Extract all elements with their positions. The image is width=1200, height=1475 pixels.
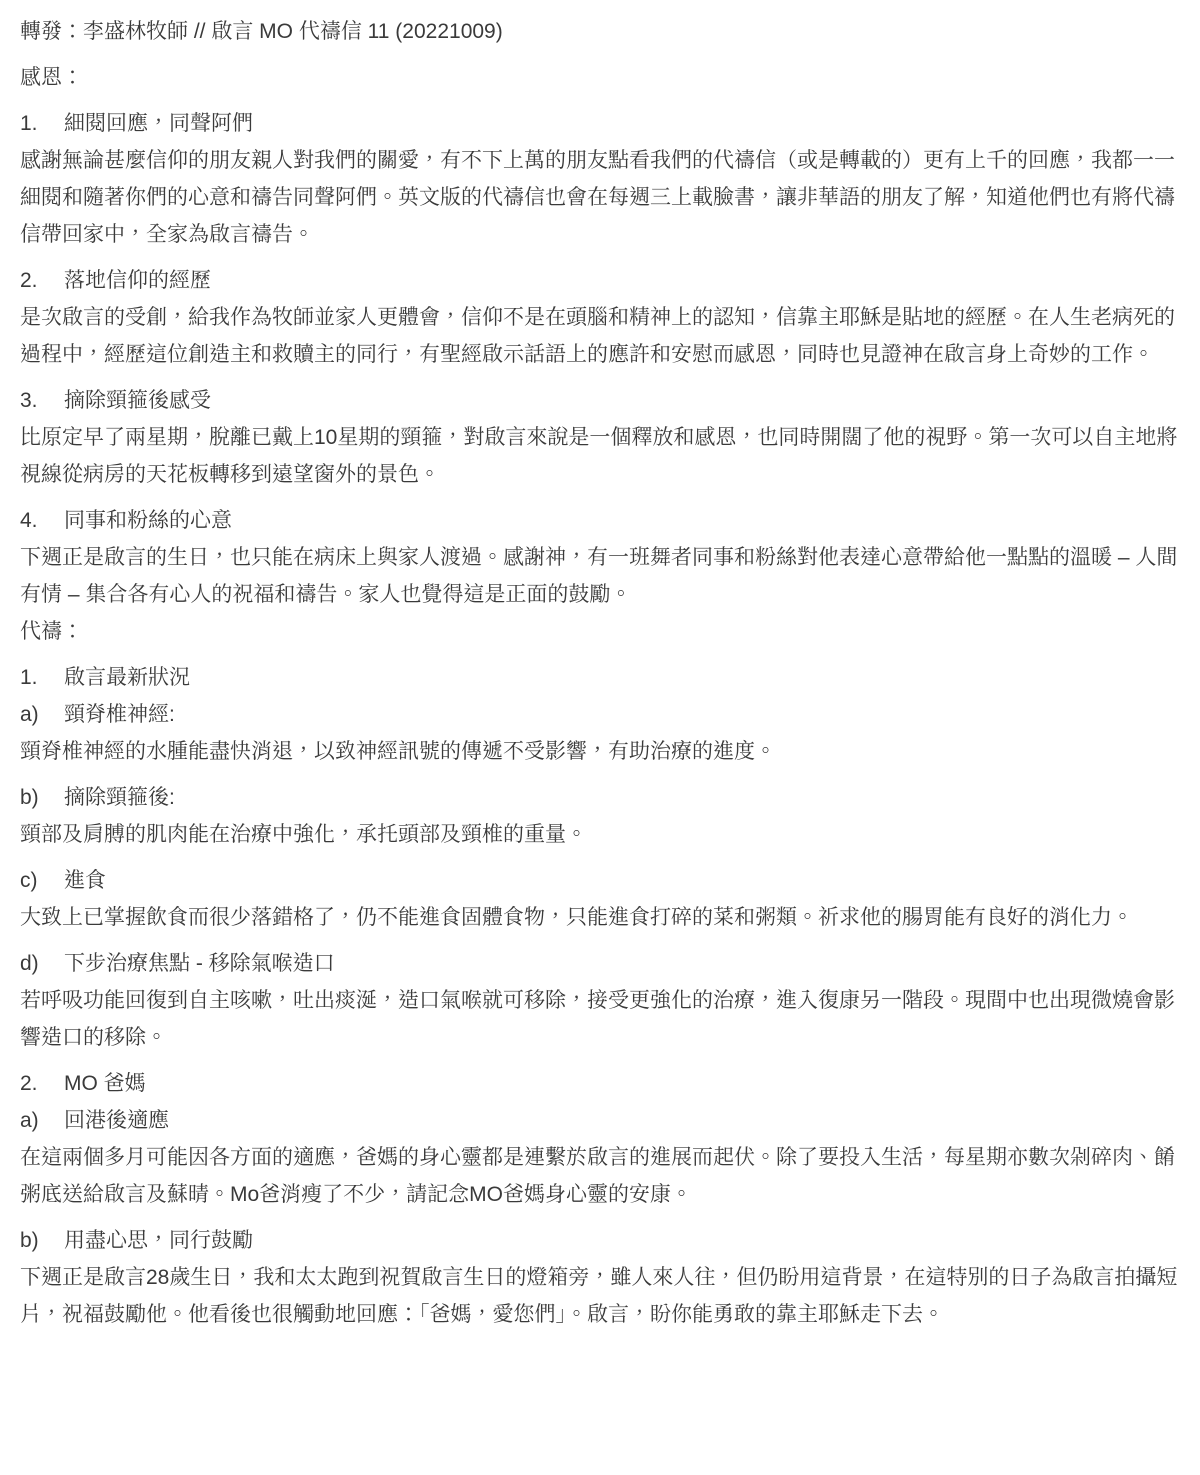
item-marker: a) [20,1102,64,1139]
section-thanksgiving: 感恩： 1. 細閱回應，同聲阿們 感謝無論甚麼信仰的朋友親人對我們的關愛，有不下… [20,59,1180,613]
item-subheading-line: a) 回港後適應 [20,1102,1180,1139]
item-subheading: 下步治療焦點 - 移除氣喉造口 [64,945,1180,982]
document-title: 轉發：李盛林牧師 // 啟言 MO 代禱信 11 (20221009) [20,13,1180,50]
item-marker: a) [20,696,64,733]
list-item-thanksgiving-1: 1. 細閱回應，同聲阿們 感謝無論甚麼信仰的朋友親人對我們的關愛，有不下上萬的朋… [20,105,1180,253]
item-marker: 4. [20,502,64,539]
item-body: 下週正是啟言28歲生日，我和太太跑到祝賀啟言生日的燈箱旁，雖人來人往，但仍盼用這… [20,1259,1180,1333]
item-heading: 摘除頸箍後感受 [64,382,1180,419]
item-marker: b) [20,779,64,816]
item-subheading: 進食 [64,862,1180,899]
item-subheading: 頸脊椎神經: [64,696,1180,733]
item-marker: 1. [20,105,64,142]
item-heading-line: 2. MO 爸媽 [20,1065,1180,1102]
item-heading: 啟言最新狀況 [64,659,1180,696]
item-body: 若呼吸功能回復到自主咳嗽，吐出痰涎，造口氣喉就可移除，接受更強化的治療，進入復康… [20,982,1180,1056]
item-body: 比原定早了兩星期，脫離已戴上10星期的頸箍，對啟言來說是一個釋放和感恩，也同時開… [20,419,1180,493]
item-heading: 同事和粉絲的心意 [64,502,1180,539]
item-body: 大致上已掌握飲食而很少落錯格了，仍不能進食固體食物，只能進食打碎的菜和粥類。祈求… [20,899,1180,936]
section-label-thanksgiving: 感恩： [20,59,1180,96]
list-item-prayer-2a: 2. MO 爸媽 a) 回港後適應 在這兩個多月可能因各方面的適應，爸媽的身心靈… [20,1065,1180,1213]
list-item-prayer-2b: b) 用盡心思，同行鼓勵 下週正是啟言28歲生日，我和太太跑到祝賀啟言生日的燈箱… [20,1222,1180,1333]
item-heading-line: 3. 摘除頸箍後感受 [20,382,1180,419]
item-marker: 2. [20,262,64,299]
item-body: 是次啟言的受創，給我作為牧師並家人更體會，信仰不是在頭腦和精神上的認知，信靠主耶… [20,299,1180,373]
item-subheading-line: d) 下步治療焦點 - 移除氣喉造口 [20,945,1180,982]
prayer-letter-document: 轉發：李盛林牧師 // 啟言 MO 代禱信 11 (20221009) 感恩： … [0,0,1200,1475]
item-heading: MO 爸媽 [64,1065,1180,1102]
item-body: 頸部及肩膊的肌肉能在治療中強化，承托頭部及頸椎的重量。 [20,816,1180,853]
item-subheading: 摘除頸箍後: [64,779,1180,816]
section-label-prayer: 代禱： [20,613,1180,650]
item-subheading-line: b) 用盡心思，同行鼓勵 [20,1222,1180,1259]
item-heading: 落地信仰的經歷 [64,262,1180,299]
item-body: 頸脊椎神經的水腫能盡快消退，以致神經訊號的傳遞不受影響，有助治療的進度。 [20,733,1180,770]
item-marker: 2. [20,1065,64,1102]
list-item-thanksgiving-4: 4. 同事和粉絲的心意 下週正是啟言的生日，也只能在病床上與家人渡過。感謝神，有… [20,502,1180,613]
item-heading-line: 4. 同事和粉絲的心意 [20,502,1180,539]
item-heading: 細閱回應，同聲阿們 [64,105,1180,142]
item-heading-line: 2. 落地信仰的經歷 [20,262,1180,299]
list-item-thanksgiving-2: 2. 落地信仰的經歷 是次啟言的受創，給我作為牧師並家人更體會，信仰不是在頭腦和… [20,262,1180,373]
item-subheading-line: b) 摘除頸箍後: [20,779,1180,816]
list-item-prayer-1d: d) 下步治療焦點 - 移除氣喉造口 若呼吸功能回復到自主咳嗽，吐出痰涎，造口氣… [20,945,1180,1056]
item-subheading-line: a) 頸脊椎神經: [20,696,1180,733]
list-item-thanksgiving-3: 3. 摘除頸箍後感受 比原定早了兩星期，脫離已戴上10星期的頸箍，對啟言來說是一… [20,382,1180,493]
list-item-prayer-1c: c) 進食 大致上已掌握飲食而很少落錯格了，仍不能進食固體食物，只能進食打碎的菜… [20,862,1180,936]
item-marker: 1. [20,659,64,696]
item-body: 在這兩個多月可能因各方面的適應，爸媽的身心靈都是連繫於啟言的進展而起伏。除了要投… [20,1139,1180,1213]
section-prayer-requests: 代禱： 1. 啟言最新狀況 a) 頸脊椎神經: 頸脊椎神經的水腫能盡快消退，以致… [20,613,1180,1333]
list-item-prayer-1a: 1. 啟言最新狀況 a) 頸脊椎神經: 頸脊椎神經的水腫能盡快消退，以致神經訊號… [20,659,1180,770]
item-heading-line: 1. 細閱回應，同聲阿們 [20,105,1180,142]
item-marker: 3. [20,382,64,419]
item-subheading: 回港後適應 [64,1102,1180,1139]
item-body: 感謝無論甚麼信仰的朋友親人對我們的關愛，有不下上萬的朋友點看我們的代禱信（或是轉… [20,142,1180,253]
item-heading-line: 1. 啟言最新狀況 [20,659,1180,696]
list-item-prayer-1b: b) 摘除頸箍後: 頸部及肩膊的肌肉能在治療中強化，承托頭部及頸椎的重量。 [20,779,1180,853]
item-marker: b) [20,1222,64,1259]
item-marker: d) [20,945,64,982]
item-subheading: 用盡心思，同行鼓勵 [64,1222,1180,1259]
item-body: 下週正是啟言的生日，也只能在病床上與家人渡過。感謝神，有一班舞者同事和粉絲對他表… [20,539,1180,613]
item-subheading-line: c) 進食 [20,862,1180,899]
item-marker: c) [20,862,64,899]
